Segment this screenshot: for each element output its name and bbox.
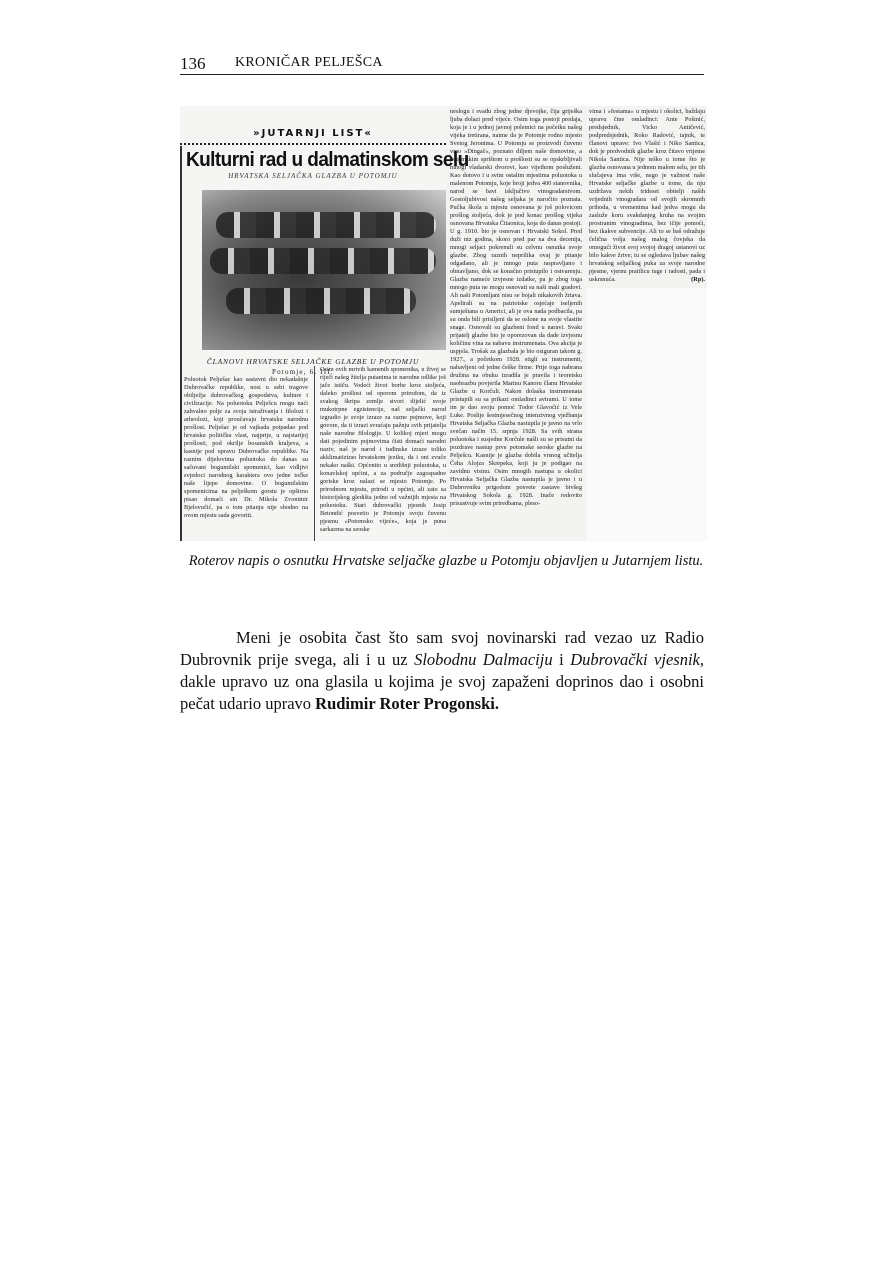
article-subheadline: HRVATSKA SELJAČKA GLAZBA U POTOMJU xyxy=(180,172,446,180)
clipping-column-left: »JUTARNJI LIST« Kulturni rad u dalmatins… xyxy=(180,106,446,541)
article-text-column-4: vima i »festama« u mjestu i okolici, baž… xyxy=(589,108,705,284)
photo-front-row xyxy=(226,288,416,314)
photo-back-row xyxy=(216,212,436,238)
article-headline: Kulturni rad u dalmatinskom selu xyxy=(186,149,433,172)
clipping-column-right: vima i »festama« u mjestu i okolici, baž… xyxy=(586,106,707,286)
clipping-column-middle: neslogu i svađu zbog jedne djevojke, čij… xyxy=(448,106,584,541)
article-text-column-2: Osim ovih mrtvih kamenih spomenika, u ži… xyxy=(320,366,446,538)
column-rule xyxy=(180,146,182,541)
newspaper-title-slobodna-dalmacija: Slobodnu Dalmaciju xyxy=(414,650,553,669)
body-text: i xyxy=(553,650,571,669)
running-title: KRONIČAR PELJEŠCA xyxy=(235,55,383,71)
body-paragraph: Meni je osobita čast što sam svoj novina… xyxy=(180,627,704,715)
newspaper-title-dubrovacki-vjesnik: Dubrovački vjesnik xyxy=(570,650,700,669)
article-signature: (Rp). xyxy=(691,276,705,284)
page-number: 136 xyxy=(180,54,206,74)
band-group-photo xyxy=(202,190,446,350)
column-rule xyxy=(314,366,315,541)
newspaper-clipping-image: »JUTARNJI LIST« Kulturni rad u dalmatins… xyxy=(180,106,707,541)
figure-caption: Roterov napis o osnutku Hrvatske seljačk… xyxy=(180,551,712,572)
running-header: 136 KRONIČAR PELJEŠCA xyxy=(180,52,704,75)
photo-middle-row xyxy=(210,248,436,274)
article-text-column-3: neslogu i svađu zbog jedne djevojke, čij… xyxy=(450,108,582,538)
photo-caption: ČLANOVI HRVATSKE SELJAČKE GLAZBE U POTOM… xyxy=(180,357,446,366)
clipping-blank-area xyxy=(586,288,707,541)
article-text-column-4-body: vima i »festama« u mjestu i okolici, baž… xyxy=(589,108,705,283)
article-text-column-1: Poluotok Pelješac kao sastavni dio nekad… xyxy=(184,376,308,536)
dotted-divider xyxy=(180,143,446,145)
newspaper-name: »JUTARNJI LIST« xyxy=(180,128,446,139)
person-name: Rudimir Roter Progonski. xyxy=(315,694,499,713)
